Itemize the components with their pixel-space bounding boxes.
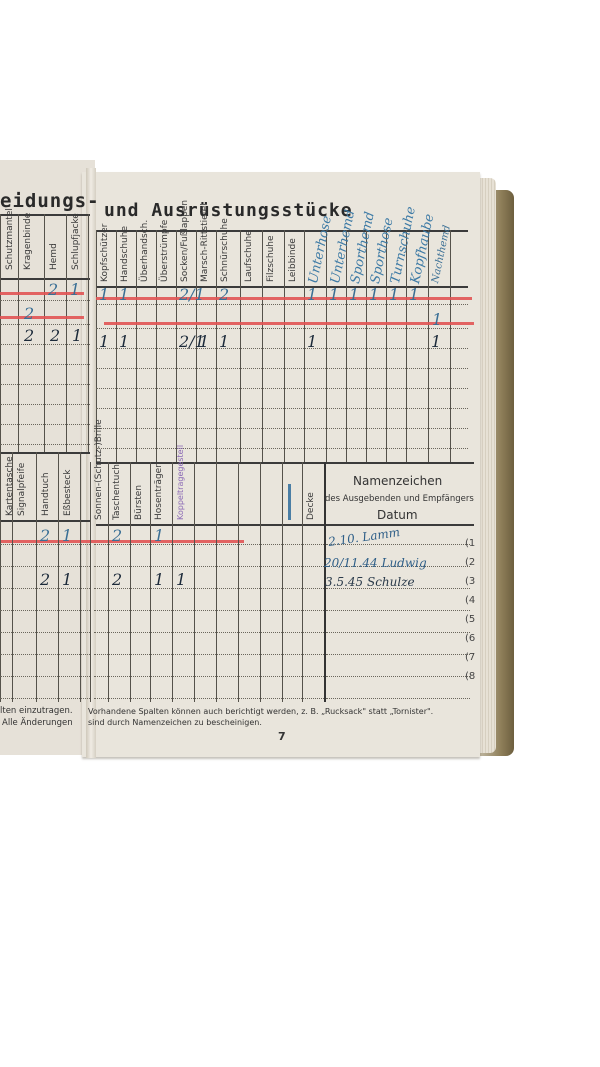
handwritten-entry: 1 <box>349 285 359 304</box>
row-guide <box>94 566 324 567</box>
row-guide <box>96 304 468 305</box>
column-header: Überhandsch. <box>140 220 150 282</box>
row-guide <box>94 654 324 655</box>
column-divider <box>0 214 1 452</box>
signature-subtitle: des Ausgebenden und Empfängers <box>325 494 474 504</box>
column-divider <box>90 462 91 702</box>
row-guide <box>0 324 90 325</box>
column-header: Schlupfjacke <box>71 213 81 270</box>
row-guide <box>96 388 468 389</box>
row-guide <box>326 676 470 677</box>
rule <box>0 520 90 522</box>
column-header: Schnürschuhe <box>220 218 230 282</box>
row-guide <box>0 404 90 405</box>
column-header: Schutzmantel <box>5 208 15 270</box>
date-label: Datum <box>377 508 418 522</box>
signature-row-number: (5 <box>465 614 475 625</box>
handwritten-entry: 1 <box>119 285 129 304</box>
signature-row-number: (7 <box>465 652 475 663</box>
column-header: Handschuhe <box>120 226 130 282</box>
row-guide <box>96 448 468 449</box>
handwritten-entry: 1 <box>409 285 419 304</box>
column-divider <box>0 452 1 702</box>
row-guide <box>96 348 468 349</box>
column-header: Kartentasche <box>5 456 15 516</box>
row-guide <box>94 544 324 545</box>
handwritten-entry: 1 <box>72 326 82 345</box>
footer-right-line1: Vorhandene Spalten können auch berichtig… <box>88 707 433 716</box>
handwritten-entry: 1 <box>199 332 209 351</box>
row-guide <box>96 408 468 409</box>
row-guide <box>94 676 324 677</box>
row-guide <box>94 632 324 633</box>
row-guide <box>0 610 90 611</box>
signature-title: Namenzeichen <box>353 474 442 488</box>
row-guide <box>326 654 470 655</box>
column-header: Kragenbinde <box>23 213 33 270</box>
column-header: Leibbinde <box>288 238 298 282</box>
column-divider <box>18 214 19 452</box>
column-divider <box>238 462 239 702</box>
row-guide <box>94 610 324 611</box>
column-divider <box>194 462 195 702</box>
handwritten-entry: 2 <box>219 285 229 304</box>
row-guide <box>0 424 90 425</box>
handwritten-entry: 1 <box>389 285 399 304</box>
column-header: Taschentuch <box>112 464 122 520</box>
row-guide <box>0 632 90 633</box>
row-guide <box>96 328 468 329</box>
row-guide <box>94 588 324 589</box>
rule <box>0 452 90 454</box>
column-header: Hosenträger <box>154 464 164 520</box>
handwritten-entry: 1 <box>369 285 379 304</box>
column-divider <box>108 462 109 702</box>
handwritten-entry: 1 <box>99 332 109 351</box>
handwritten-entry: 1 <box>154 570 164 589</box>
column-divider <box>66 214 67 452</box>
handwritten-entry: 1 <box>62 526 72 545</box>
column-divider <box>260 462 261 702</box>
row-guide <box>0 444 90 445</box>
signature-row-number: (8 <box>465 671 475 682</box>
column-header: Hemd <box>49 243 59 270</box>
column-header: Laufschuhe <box>244 230 254 282</box>
handwritten-entry: 1 <box>329 285 339 304</box>
handwritten-entry: 1 <box>307 285 317 304</box>
handwritten-entry: 2 <box>40 526 50 545</box>
column-header: Signalpfeife <box>17 463 27 516</box>
row-guide <box>0 698 90 699</box>
row-guide <box>96 368 468 369</box>
column-header: Eßbesteck <box>63 469 73 516</box>
handwritten-entry: 2 <box>24 326 34 345</box>
footer-left-line2: Alle Änderungen <box>2 718 73 728</box>
signature-entry: 3.5.45 Schulze <box>325 575 415 589</box>
column-header: Handtuch <box>41 472 51 516</box>
column-divider <box>282 462 283 702</box>
footer-right-line2: sind durch Namenzeichen zu bescheinigen. <box>88 718 262 727</box>
signature-row-number: (6 <box>465 633 475 644</box>
row-guide <box>326 698 470 699</box>
handwritten-entry: 1 <box>431 332 441 351</box>
column-header: Filzschuhe <box>266 235 276 282</box>
rule <box>96 524 474 526</box>
column-divider <box>216 462 217 702</box>
column-header: Socken/Fußlappen <box>180 200 190 282</box>
column-header: Decke <box>306 492 316 520</box>
handwritten-entry: 2 <box>50 326 60 345</box>
page-number: 7 <box>278 730 286 743</box>
column-divider <box>130 462 131 702</box>
column-divider <box>302 462 303 702</box>
row-guide <box>0 654 90 655</box>
handwritten-entry: 1 <box>432 310 442 329</box>
handwritten-entry: 2 <box>112 570 122 589</box>
column-divider <box>44 214 45 452</box>
row-guide <box>0 364 90 365</box>
row-guide <box>0 300 90 301</box>
column-header: Sonnen-(Schutz-)Brille <box>94 419 104 520</box>
handwritten-entry: 2 <box>48 280 58 299</box>
row-guide <box>0 566 90 567</box>
handwritten-entry: 2 <box>40 570 50 589</box>
column-header: Marsch-Rittstiefel <box>200 203 210 282</box>
signature-row-number: (2 <box>465 557 475 568</box>
column-header: Kopfschützer <box>100 224 110 282</box>
column-divider <box>36 452 37 702</box>
signature-entry: 20/11.44 Ludwig <box>324 556 427 570</box>
rule <box>96 462 474 464</box>
column-header: Koppeltragegestell <box>176 445 185 520</box>
handwritten-entry: 2 <box>112 526 122 545</box>
row-guide <box>94 698 324 699</box>
handwritten-entry: 1 <box>176 570 186 589</box>
row-guide <box>96 428 468 429</box>
handwritten-entry: 1 <box>70 280 80 299</box>
column-header: Überstrümpfe <box>160 220 170 282</box>
row-guide <box>0 676 90 677</box>
handwritten-entry: 1 <box>154 526 164 545</box>
handwritten-entry: 2/1 <box>179 285 205 304</box>
row-guide <box>326 632 470 633</box>
row-guide <box>326 610 470 611</box>
handwritten-mark <box>288 484 291 520</box>
column-divider <box>150 462 151 702</box>
column-header: Bürsten <box>134 485 144 520</box>
handwritten-entry: 1 <box>62 570 72 589</box>
red-strike-line <box>0 316 84 319</box>
red-strike-line <box>104 322 474 325</box>
handwritten-entry: 1 <box>99 285 109 304</box>
column-divider <box>88 214 89 452</box>
row-guide <box>0 384 90 385</box>
signature-row-number: (1 <box>465 538 475 549</box>
handwritten-entry: 1 <box>307 332 317 351</box>
column-divider <box>172 462 173 702</box>
column-divider <box>58 452 59 702</box>
handwritten-entry: 2 <box>24 304 34 323</box>
signature-row-number: (3 <box>465 576 475 587</box>
signature-row-number: (4 <box>465 595 475 606</box>
footer-left-line1: lten einzutragen. <box>0 706 73 716</box>
handwritten-entry: 1 <box>119 332 129 351</box>
column-divider <box>80 452 81 702</box>
handwritten-entry: 1 <box>219 332 229 351</box>
